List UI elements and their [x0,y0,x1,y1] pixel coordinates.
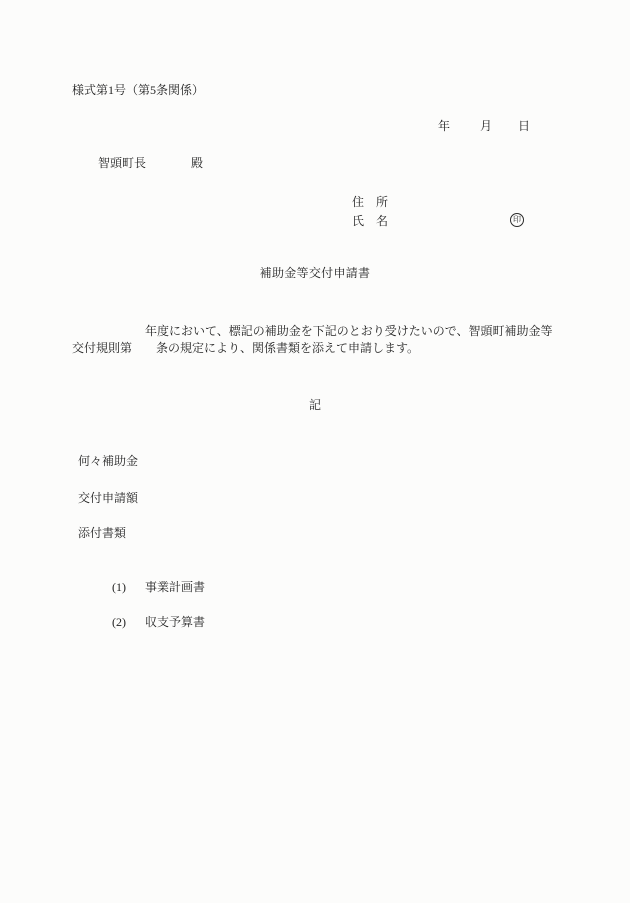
applicant-name-label: 氏 名 [352,214,388,228]
date-month-label: 月 [480,119,492,133]
attachment-item: (2)収支予算書 [100,601,205,644]
body-paragraph-line2: 交付規則第 条の規定により、関係書類を添えて申請します。 [72,341,419,355]
seal-stamp-icon: 印 [510,213,524,227]
attachment-label: 収支予算書 [145,615,205,629]
attachment-number: (1) [112,580,145,594]
attachment-label: 事業計画書 [145,580,205,594]
date-day-label: 日 [518,119,530,133]
document-title: 補助金等交付申請書 [0,266,630,280]
list-item-subsidy-name: 何々補助金 [78,454,138,468]
list-item-application-amount: 交付申請額 [78,491,138,505]
list-item-attached-documents: 添付書類 [78,526,126,540]
attachment-number: (2) [112,615,145,629]
date-year-label: 年 [438,119,450,133]
body-paragraph-line1: 年度において、標記の補助金を下記のとおり受けたいので、智頭町補助金等 [145,324,553,338]
application-form-page: 様式第1号（第5条関係） 年 月 日 智頭町長 殿 住 所 氏 名 印 補助金等… [0,0,630,903]
record-marker: 記 [0,398,630,412]
applicant-address-label: 住 所 [352,195,388,209]
addressee-name: 智頭町長 [98,156,146,170]
form-number: 様式第1号（第5条関係） [72,83,204,97]
addressee-honorific: 殿 [191,156,203,170]
